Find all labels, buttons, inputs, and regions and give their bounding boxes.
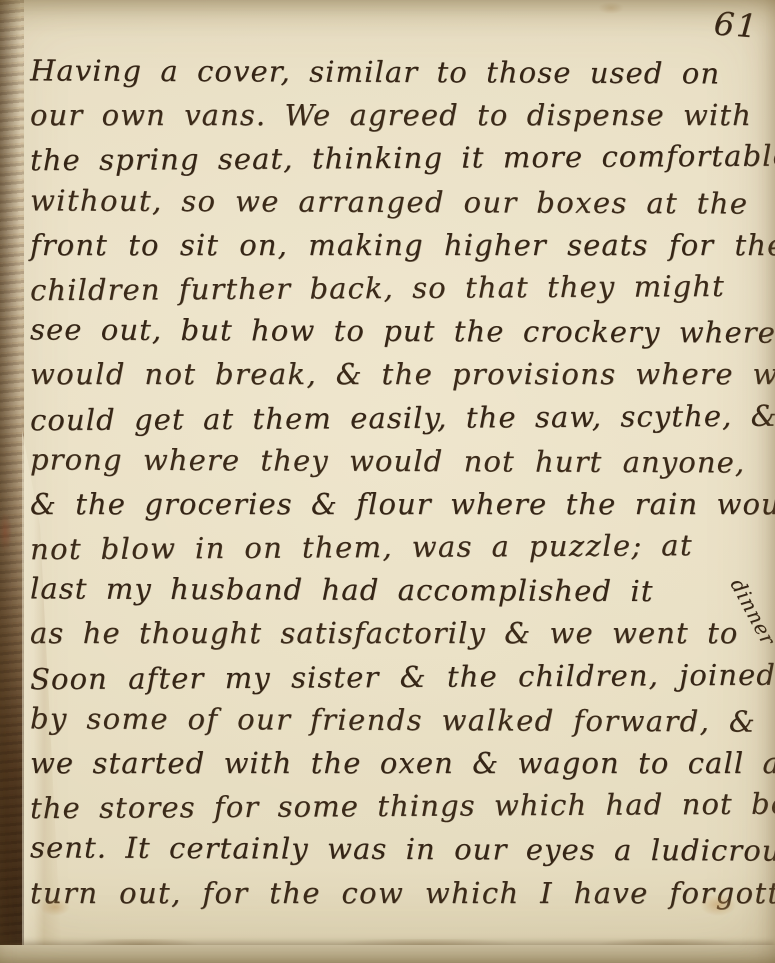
manuscript-line: Having a cover, similar to those used on [30,48,768,94]
manuscript-line: as he thought satisfactorily & we went t… [30,611,768,654]
manuscript-line: we started with the oxen & wagon to call… [30,741,768,784]
foxing-stain [598,2,624,14]
next-page-edge [0,945,775,963]
manuscript-line: last my husband had accomplished it [30,567,768,613]
manuscript-line: our own vans. We agreed to dispense with [30,93,768,136]
manuscript-text: Having a cover, similar to those used on… [30,50,768,914]
manuscript-line: by some of our friends walked forward, & [30,696,768,742]
manuscript-line: turn out, for the cow which I have forgo… [30,871,768,914]
manuscript-line: without, so we arranged our boxes at the [30,178,768,224]
manuscript-line: front to sit on, making higher seats for… [30,223,768,266]
manuscript-line: would not break, & the provisions where … [30,352,768,395]
manuscript-line: not blow in on them, was a puzzle; at [30,523,768,571]
manuscript-line: the stores for some things which had not… [30,782,768,830]
manuscript-line: sent. It certainly was in our eyes a lud… [30,826,768,872]
manuscript-line: Soon after my sister & the children, joi… [30,652,768,700]
manuscript-line: could get at them easily, the saw, scyth… [30,393,768,441]
manuscript-line: children further back, so that they migh… [30,264,768,312]
manuscript-line: see out, but how to put the crockery whe… [30,308,768,354]
manuscript-line: prong where they would not hurt anyone, [30,437,768,483]
manuscript-line: & the groceries & flour where the rain w… [30,482,768,525]
manuscript-line: the spring seat, thinking it more comfor… [30,134,768,182]
book-binding-edge [0,0,24,963]
page-number: 61 [713,4,760,45]
manuscript-page: 61 Having a cover, similar to those used… [0,0,775,963]
